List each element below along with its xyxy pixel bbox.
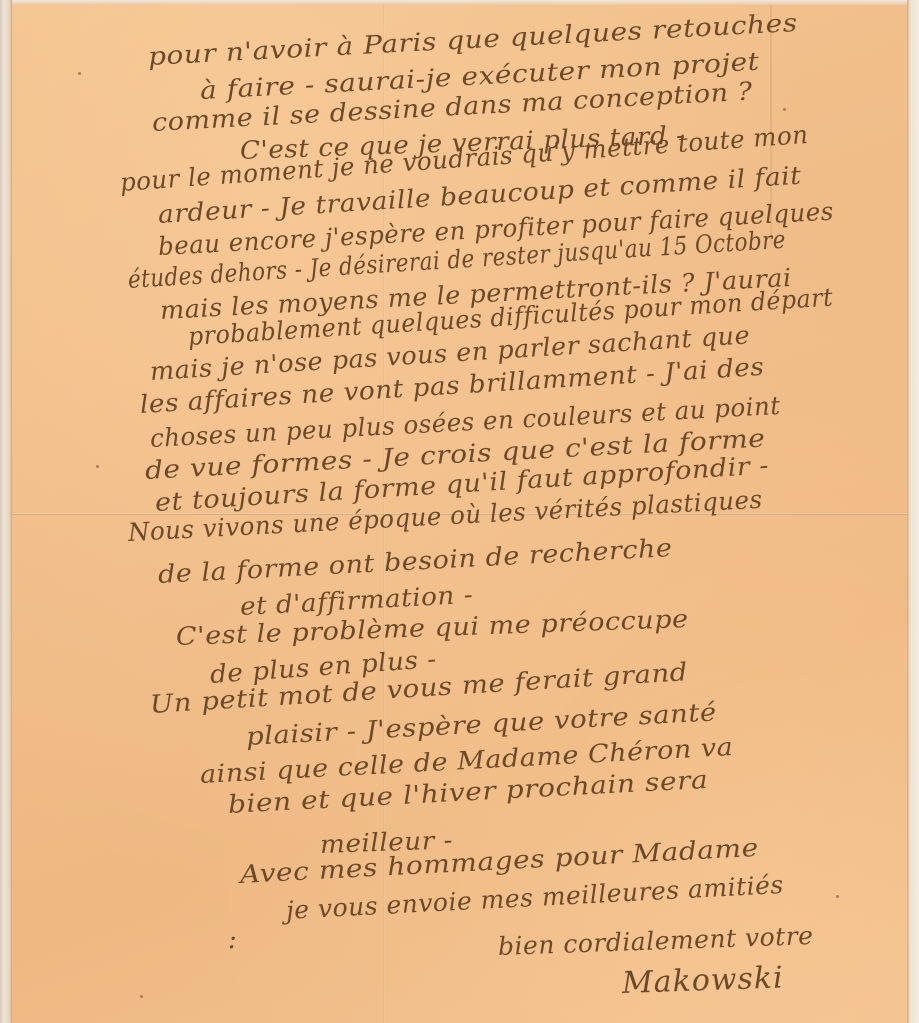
margin-mark: : (228, 925, 237, 955)
letter-body: pour n'avoir à Paris que quelques retouc… (0, 0, 919, 1023)
letter-closing: bien cordialement votre (497, 921, 813, 961)
signature: Makowski (621, 960, 784, 1001)
letter-line: de la forme ont besoin de recherche (157, 533, 673, 589)
